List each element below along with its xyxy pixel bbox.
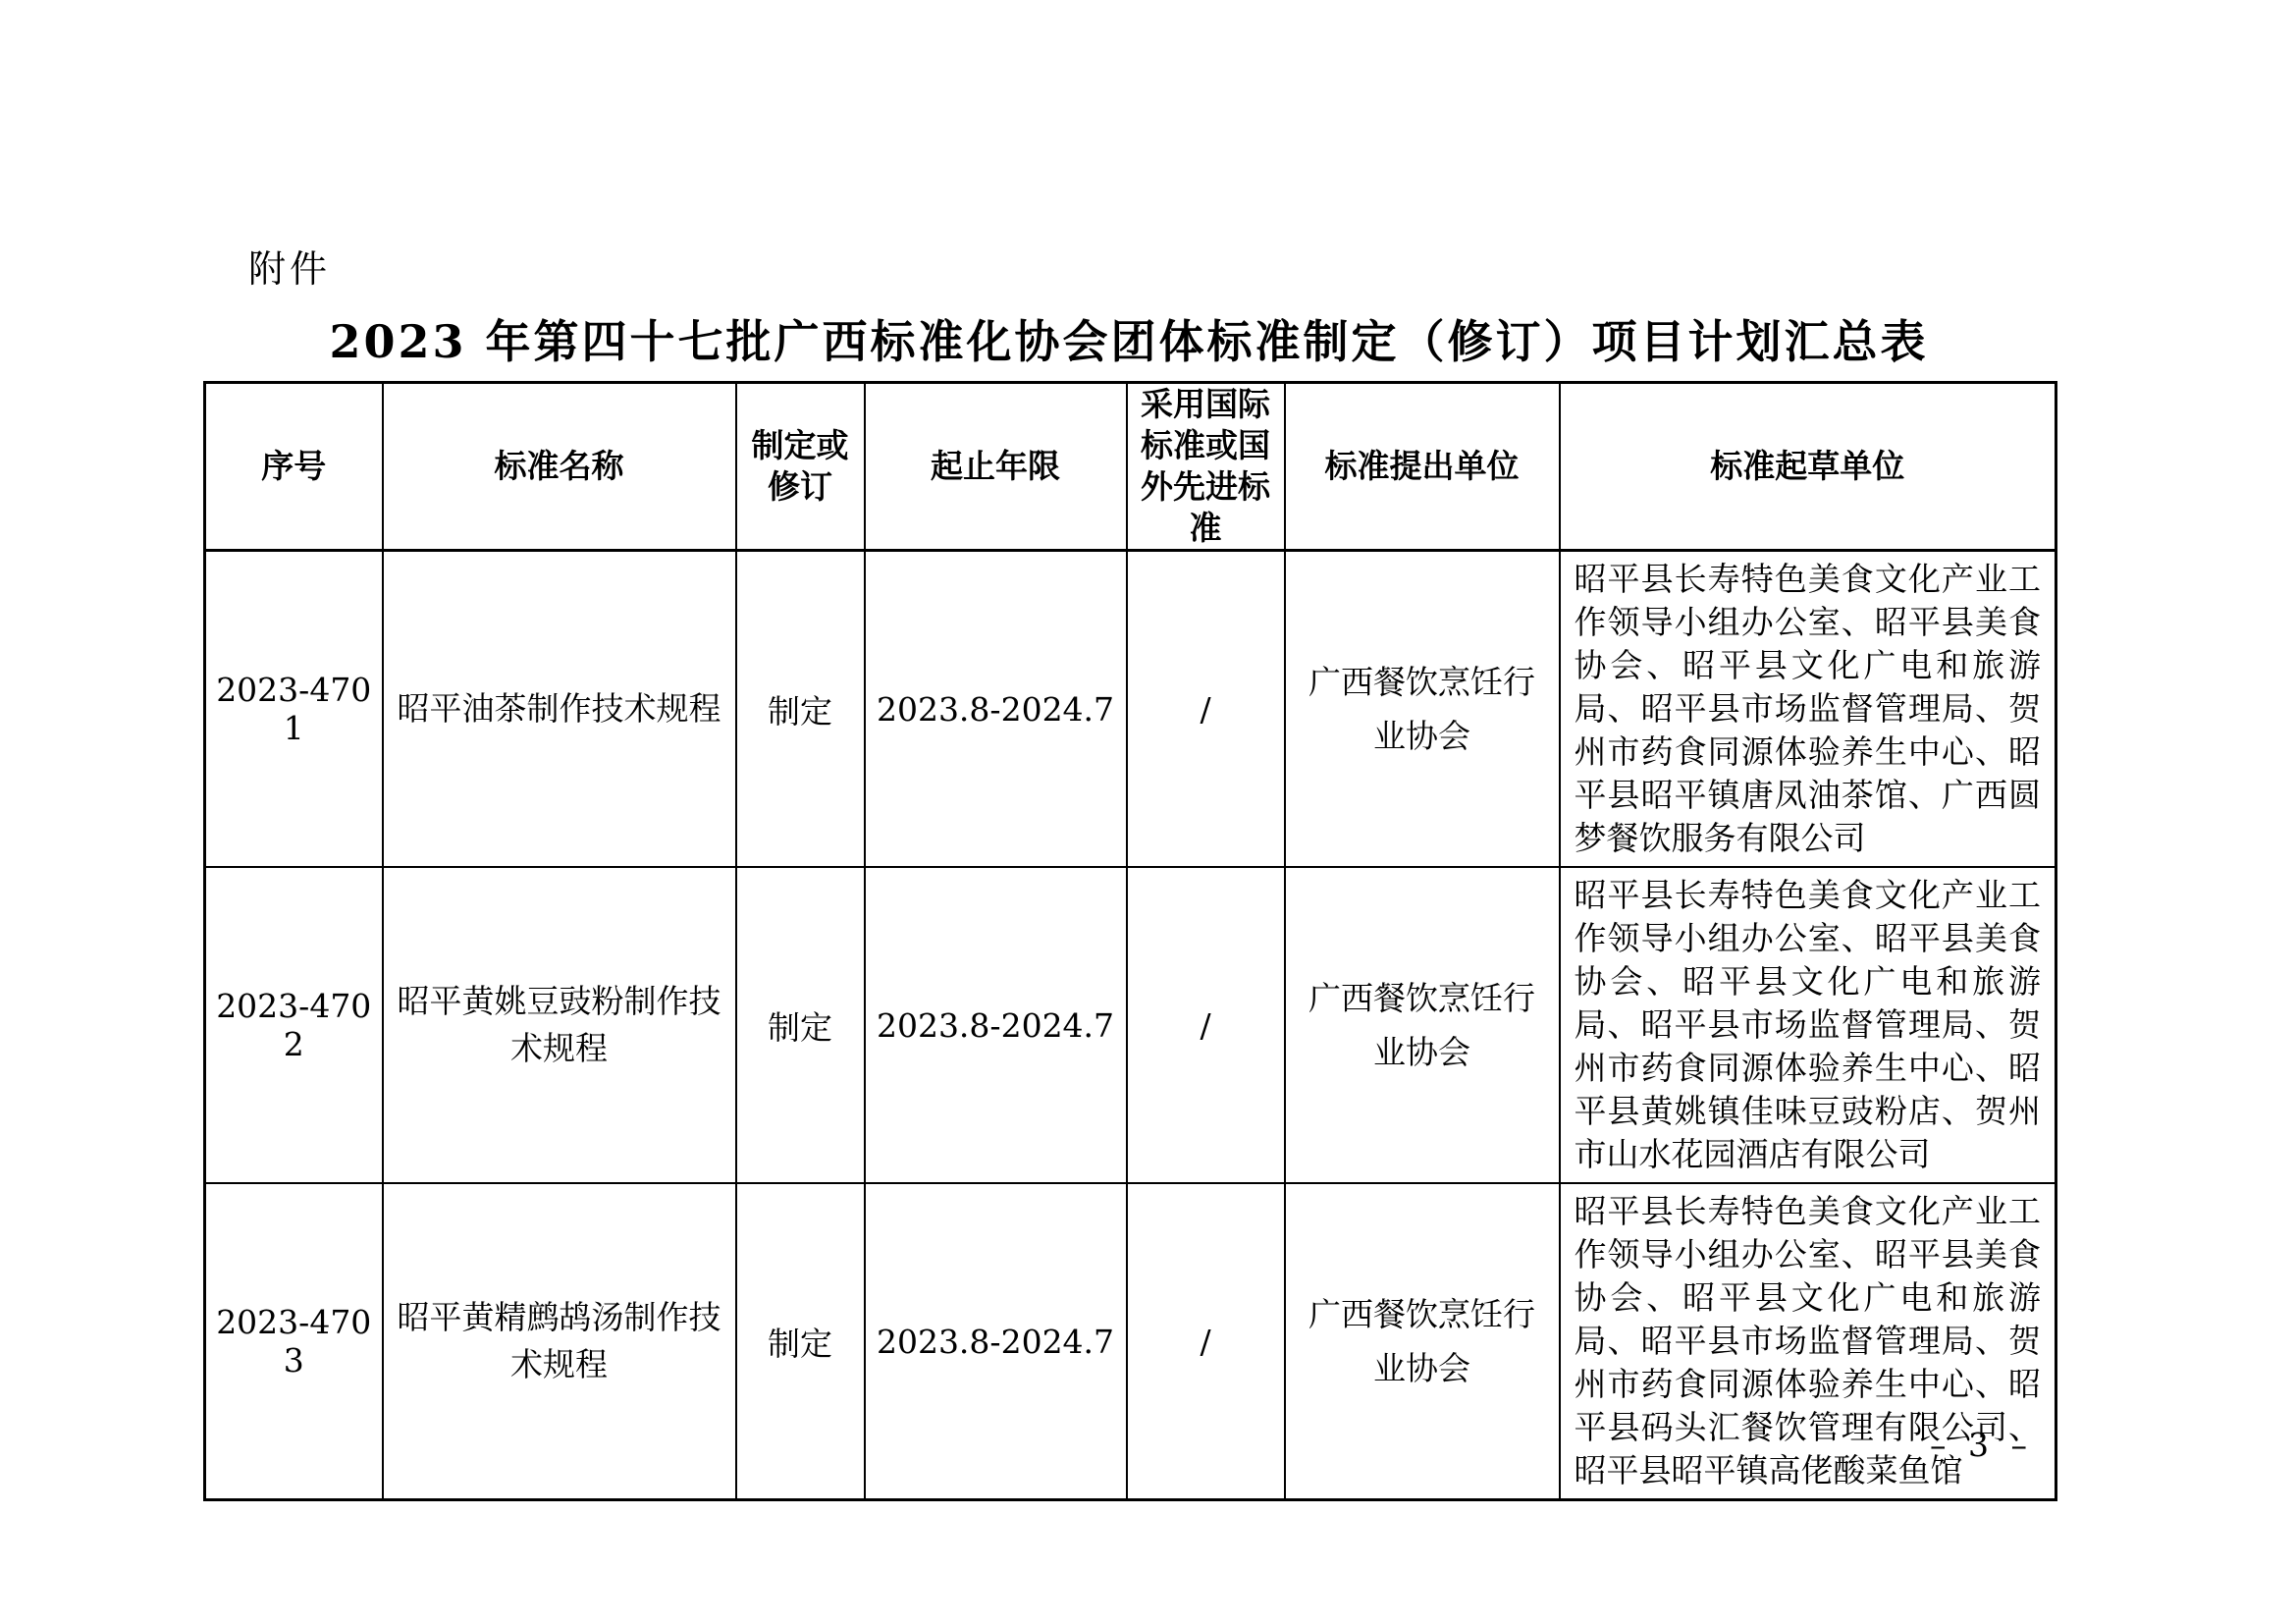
cell-seq: 2023-4703 (205, 1183, 383, 1500)
col-header-proposer: 标准提出单位 (1285, 383, 1560, 551)
cell-intl: / (1127, 1183, 1285, 1500)
col-header-name: 标准名称 (383, 383, 736, 551)
cell-intl: / (1127, 551, 1285, 868)
cell-seq: 2023-4702 (205, 867, 383, 1183)
col-header-drafters: 标准起草单位 (1560, 383, 2056, 551)
col-header-period: 起止年限 (865, 383, 1127, 551)
cell-proposer: 广西餐饮烹饪行业协会 (1285, 1183, 1560, 1500)
col-header-type: 制定或修订 (736, 383, 865, 551)
cell-name: 昭平油茶制作技术规程 (383, 551, 736, 868)
cell-proposer: 广西餐饮烹饪行业协会 (1285, 551, 1560, 868)
cell-type: 制定 (736, 551, 865, 868)
table-header-row: 序号 标准名称 制定或修订 起止年限 采用国际标准或国外先进标准 标准提出单位 … (205, 383, 2056, 551)
attachment-label: 附件 (248, 239, 331, 293)
page-number: – 3 – (1930, 1426, 2033, 1464)
cell-period: 2023.8-2024.7 (865, 867, 1127, 1183)
cell-drafters: 昭平县长寿特色美食文化产业工作领导小组办公室、昭平县美食协会、昭平县文化广电和旅… (1560, 867, 2056, 1183)
cell-type: 制定 (736, 1183, 865, 1500)
page-title: 2023 年第四十七批广西标准化协会团体标准制定（修订）项目计划汇总表 (203, 306, 2055, 371)
table-row: 2023-4702 昭平黄姚豆豉粉制作技术规程 制定 2023.8-2024.7… (205, 867, 2056, 1183)
col-header-intl: 采用国际标准或国外先进标准 (1127, 383, 1285, 551)
cell-type: 制定 (736, 867, 865, 1183)
cell-drafters: 昭平县长寿特色美食文化产业工作领导小组办公室、昭平县美食协会、昭平县文化广电和旅… (1560, 551, 2056, 868)
cell-proposer: 广西餐饮烹饪行业协会 (1285, 867, 1560, 1183)
table-row: 2023-4701 昭平油茶制作技术规程 制定 2023.8-2024.7 / … (205, 551, 2056, 868)
table-row: 2023-4703 昭平黄精鹧鸪汤制作技术规程 制定 2023.8-2024.7… (205, 1183, 2056, 1500)
cell-period: 2023.8-2024.7 (865, 551, 1127, 868)
col-header-seq: 序号 (205, 383, 383, 551)
cell-period: 2023.8-2024.7 (865, 1183, 1127, 1500)
cell-name: 昭平黄精鹧鸪汤制作技术规程 (383, 1183, 736, 1500)
cell-intl: / (1127, 867, 1285, 1183)
cell-seq: 2023-4701 (205, 551, 383, 868)
cell-name: 昭平黄姚豆豉粉制作技术规程 (383, 867, 736, 1183)
standards-plan-table: 序号 标准名称 制定或修订 起止年限 采用国际标准或国外先进标准 标准提出单位 … (203, 381, 2057, 1501)
